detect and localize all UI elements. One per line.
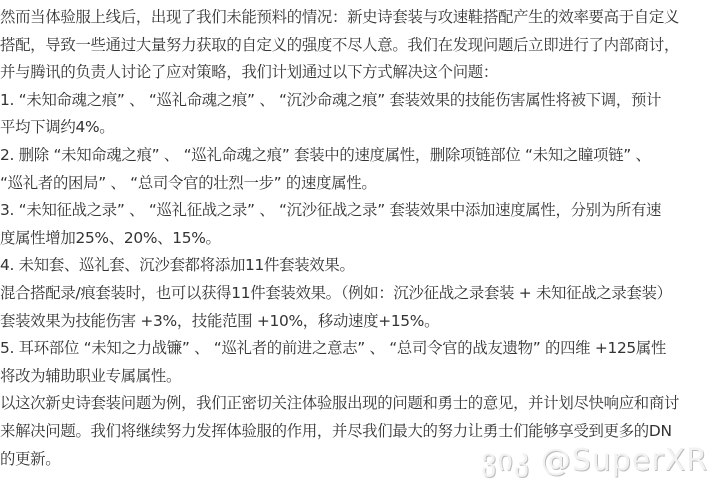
paragraph-intro-line-1: 然而当体验服上线后，出现了我们未能预料的情况：新史诗套装与攻速鞋搭配产生的效率要… — [0, 4, 714, 32]
paragraph-intro-line-3: 并与腾讯的负责人讨论了应对策略，我们计划通过以下方式解决这个问题： — [0, 59, 714, 87]
watermark: ვიკ @SuperXR — [481, 443, 708, 478]
list-item-4-line-2: 混合搭配录/痕套装时，也可以获得11件套装效果。（例如：沉沙征战之录套装 + 未… — [0, 280, 714, 308]
paragraph-closing-line-2: 来解决问题。我们将继续努力发挥体验服的作用，并尽我们最大的努力让勇士们能够享受到… — [0, 418, 714, 446]
paragraph-closing-line-1: 以这次新史诗套装问题为例，我们正密切关注体验服出现的问题和勇士的意见，并计划尽快… — [0, 390, 714, 418]
announcement-text: 然而当体验服上线后，出现了我们未能预料的情况：新史诗套装与攻速鞋搭配产生的效率要… — [0, 4, 714, 473]
list-item-3-line-1: 3. “未知征战之录” 、 “巡礼征战之录” 、 “沉沙征战之录” 套装效果中添… — [0, 197, 714, 225]
list-item-4-line-3: 套装效果为技能伤害 +3%，技能范围 +10%，移动速度+15%。 — [0, 308, 714, 336]
paragraph-intro-line-2: 搭配，导致一些通过大量努力获取的自定义的强度不尽人意。我们在发现问题后立即进行了… — [0, 32, 714, 60]
list-item-3-line-2: 度属性增加25%、20%、15%。 — [0, 225, 714, 253]
list-item-5-line-1: 5. 耳环部位 “未知之力战镰” 、 “巡礼者的前进之意志” 、 “总司令官的战… — [0, 335, 714, 363]
list-item-5-line-2: 将改为辅助职业专属属性。 — [0, 363, 714, 391]
list-item-4-line-1: 4. 未知套、巡礼套、沉沙套都将添加11件套装效果。 — [0, 252, 714, 280]
list-item-1-line-1: 1. “未知命魂之痕” 、 “巡礼命魂之痕” 、 “沉沙命魂之痕” 套装效果的技… — [0, 87, 714, 115]
list-item-2-line-1: 2. 删除 “未知命魂之痕” 、 “巡礼命魂之痕” 套装中的速度属性，删除项链部… — [0, 142, 714, 170]
list-item-1-line-2: 平均下调约4%。 — [0, 114, 714, 142]
list-item-2-line-2: “巡礼者的困局” 、 “总司令官的壮烈一步” 的速度属性。 — [0, 170, 714, 198]
